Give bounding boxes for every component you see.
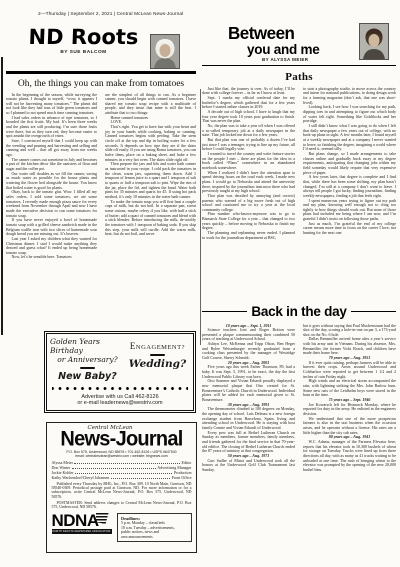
masthead-contact: email: centralmclean@westriv.com • websi… — [52, 454, 192, 458]
scan-edge-line — [1, 57, 3, 335]
paths-column-1: Just like that, the journey is over. As … — [202, 87, 295, 241]
nd-roots-column-2: are the simplest of all things to can. A… — [105, 93, 196, 261]
ad-call-line: Advertise with us Call 462-8126 — [50, 394, 190, 401]
deadlines-lines: 5 p.m. Monday – classifieds10 a.m. Tuesd… — [121, 521, 187, 539]
ad-golden-years-line2: or Anniversary? — [57, 356, 117, 365]
paragraph: Now, let’s be sensible here. Tomatoes — [6, 255, 97, 260]
paragraph: Plan number who-knows-anymore was to go … — [202, 212, 295, 231]
paragraph: When I realized I didn’t have the attent… — [202, 171, 295, 194]
nd-roots-column-1: In the beginning of the season, while su… — [6, 93, 97, 261]
staff-row: Kathy Wachendorf/Cheryl JohansenFront Of… — [52, 475, 192, 480]
paragraph: A decade out of high school, I have to l… — [202, 110, 295, 124]
nd-roots-rule — [6, 71, 196, 74]
ad-golden-years-line1: Golden Years Birthday — [50, 338, 125, 356]
ad-columns: Golden Years Birthday or Anniversary? Ne… — [50, 338, 190, 385]
back-in-the-day-body: 10 years ago – Sept. 1, 2011Science teac… — [202, 324, 396, 473]
paragraph: I spent numerous years trying to figure … — [303, 199, 396, 222]
nd-roots-header: ND Roots BY SUE BALCOM — [6, 26, 196, 69]
paragraph: To make the tomato soup you will first h… — [105, 200, 196, 237]
paragraph: W.C. Adams, manager of the Farmers Eleva… — [303, 440, 396, 473]
paragraph: to start a photography studio, to move a… — [303, 87, 396, 106]
paragraph: If it ever quits raining, perhaps farmer… — [303, 361, 396, 380]
paragraph: Otto Sommer and Vivian Erhardt proudly d… — [202, 379, 295, 402]
postmaster-paragraph: POSTMASTER: Send address changes to Cent… — [52, 501, 192, 510]
paragraph: I still didn’t know what I was going to … — [303, 124, 396, 152]
header-line-right — [351, 311, 396, 313]
back-in-the-day-column-1: 10 years ago – Sept. 1, 2011Science teac… — [202, 324, 295, 473]
paragraph: We understand that one of the more prosp… — [303, 417, 396, 436]
paragraph: but it goes without saying that Paul Muc… — [303, 324, 396, 338]
paragraph: I had sales orders in advance of ripe to… — [6, 116, 97, 139]
paragraph: No, the plan was to take a year off when… — [202, 124, 295, 138]
paragraph: area announcements — [121, 535, 187, 540]
paragraph: I wanted to travel the country and write… — [202, 152, 295, 171]
published-paragraph: Published every Thursday by BHG, Inc., P… — [52, 482, 192, 500]
paragraph: Then prepare the jars and lids and water… — [105, 162, 196, 199]
page-folio: 2—Thursday | September 2, 2021 | Central… — [38, 12, 183, 17]
ad-right-column: ENGAGEMENT? Wedding? — [125, 338, 190, 385]
paragraph: Every pew was full at Bethel Lutheran Ch… — [202, 431, 295, 454]
between-rule — [202, 65, 396, 66]
ornament-divider — [150, 354, 165, 356]
between-you-and-me-section: Between you and me BY ALYSSA MEIER Paths… — [202, 20, 396, 240]
masthead-logo: News-Journal — [52, 429, 192, 448]
paragraph: Dallas Benzmiller arrived home after a y… — [303, 337, 396, 356]
paragraph: High winds and an electrical storm accom… — [303, 379, 396, 398]
ndna-logo: NDNA NORTH DAKOTA NEWSPAPER ASSOCIATION — [52, 513, 112, 542]
paragraph: Joe Kowarsch left for Bismarck Monday, w… — [303, 403, 396, 417]
masthead-bottom-row: NDNA NORTH DAKOTA NEWSPAPER ASSOCIATION … — [52, 513, 192, 542]
paragraph: Curt Sadler of Minot and Underwood took … — [202, 459, 295, 473]
paths-headline: Paths — [202, 71, 396, 83]
between-byline: BY ALYSSA MEIER — [262, 57, 308, 62]
back-in-the-day-title: Back in the day — [251, 304, 346, 319]
paragraph: The thermometer climbed to 100 degrees o… — [202, 407, 295, 430]
paragraph: The planning and replanning never ended.… — [202, 231, 295, 240]
masthead-box: Central McLean News-Journal P.O. Box 575… — [46, 422, 197, 553]
ornament-divider — [80, 367, 95, 369]
paragraph: But that plan was one of probably a doze… — [202, 138, 295, 152]
ad-left-column: Golden Years Birthday or Anniversary? Ne… — [50, 338, 125, 385]
paragraph: Science teachers Joni and Roger Britton … — [202, 328, 295, 342]
paragraph: Sure, I convinced myself that I could ke… — [6, 139, 97, 158]
column-divider-rule — [200, 89, 201, 345]
back-in-the-day-header: Back in the day — [202, 304, 396, 319]
ad-wedding-text: Wedding? — [129, 358, 186, 370]
nd-roots-section: ND Roots BY SUE BALCOM Oh, the things yo… — [6, 20, 196, 260]
paragraph: A few years later, that degree is comple… — [303, 175, 396, 198]
paragraph: Just as much, I’m grateful the end of my… — [303, 222, 396, 236]
paths-body: Just like that, the journey is over. As … — [202, 87, 396, 241]
paragraph: Sept. 1 marks my official conferral date… — [202, 96, 295, 110]
paragraph: Ashtyn Lee, McKenna and Tripp Olson, Ben… — [202, 342, 295, 361]
paragraph: Okay, back to the tomato glut. Wow. I fi… — [6, 190, 97, 218]
paragraph: Looking back, I see how I was searching … — [303, 105, 396, 124]
sue-balcom-photo — [150, 34, 180, 69]
ndna-caption: NORTH DAKOTA NEWSPAPER ASSOCIATION — [52, 529, 112, 534]
deadlines-box: Deadlines: 5 p.m. Monday – classifieds10… — [117, 513, 192, 542]
staff-list: Alyssa MeierEditorDon WinterAdvertising … — [52, 460, 192, 480]
paragraph: That’s right. You get to have fun with y… — [105, 125, 196, 162]
paragraph: The canner comes out sometime in July an… — [6, 158, 97, 172]
advertise-house-ad: Golden Years Birthday or Anniversary? Ne… — [46, 333, 194, 411]
ad-new-baby-text: New Baby? — [58, 371, 117, 382]
paragraph: Our water still doubles as we fill the c… — [6, 172, 97, 191]
paragraph: In the beginning of the season, while su… — [6, 93, 97, 116]
header-line-left — [202, 311, 247, 313]
paragraph: That plan was derailed by annoying (and … — [202, 194, 295, 213]
paragraph: But plans change, so I made arrangements… — [303, 152, 396, 175]
nd-roots-title: ND Roots — [6, 26, 162, 48]
dotted-divider — [52, 386, 188, 391]
back-in-the-day-section: Back in the day 10 years ago – Sept. 1, … — [202, 304, 396, 473]
nd-roots-body: In the beginning of the season, while su… — [6, 93, 196, 261]
paragraph: Five years ago this week Esther Thomson,… — [202, 365, 295, 379]
ad-engagement-text: ENGAGEMENT? — [130, 341, 185, 351]
paragraph: If you have never enjoyed a bowl of home… — [6, 218, 97, 237]
nd-roots-byline: BY SUE BALCOM — [6, 50, 161, 55]
between-header: Between you and me BY ALYSSA MEIER — [202, 20, 396, 63]
between-title-line2: you and me — [247, 42, 320, 57]
paths-column-2: to start a photography studio, to move a… — [303, 87, 396, 241]
alyssa-meier-photo — [359, 23, 389, 60]
paragraph: are the simplest of all things to can. A… — [105, 93, 196, 116]
ad-email-line: or e-mail leadernews@westriv.com — [50, 400, 190, 407]
newspaper-page: 2—Thursday | September 2, 2021 | Central… — [0, 0, 400, 567]
nd-roots-headline: Oh, the things you can make from tomatoe… — [6, 79, 196, 89]
back-in-the-day-column-2: but it goes without saying that Paul Muc… — [303, 324, 396, 473]
paragraph: Last year I asked my children what they … — [6, 237, 97, 256]
